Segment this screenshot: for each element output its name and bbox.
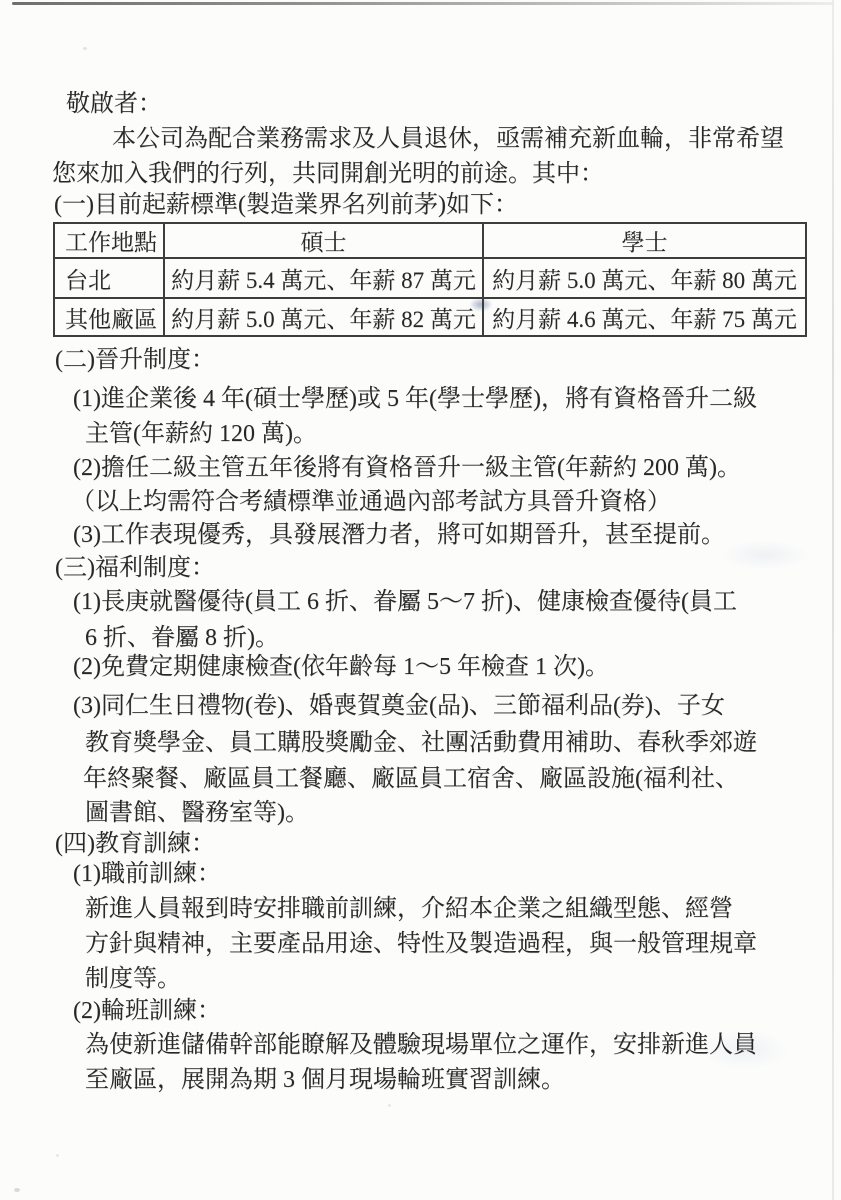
scan-edge-artifact-top <box>12 2 834 5</box>
list-item-cont: 新進人員報到時安排職前訓練，介紹本企業之組織型態、經營 <box>85 894 733 924</box>
column-header-location: 工作地點 <box>54 223 164 258</box>
cell-master-salary: 約月薪 5.4 萬元、年薪 87 萬元 <box>164 258 483 298</box>
list-item-cont: 6 折、眷屬 8 折)。 <box>85 623 279 653</box>
list-item-heading: (1)職前訓練： <box>73 859 221 889</box>
list-item-cont: 為使新進儲備幹部能瞭解及體驗現場單位之運作，安排新進人員 <box>85 1030 757 1060</box>
intro-line: 本公司為配合業務需求及人員退休，亟需補充新血輪，非常希望 <box>112 124 784 154</box>
list-item-cont: 制度等。 <box>85 964 181 994</box>
scan-edge-artifact-right <box>832 0 834 1200</box>
list-item: (2)免費定期健康檢查(依年齡每 1～5 年檢查 1 次)。 <box>73 652 609 682</box>
list-item: (2)擔任二級主管五年後將有資格晉升一級主管(年薪約 200 萬)。 <box>73 453 741 483</box>
note-line: （以上均需符合考績標準並通過內部考試方具晉升資格） <box>71 487 671 517</box>
scan-speck <box>56 1154 59 1157</box>
section-2-heading: (二)晉升制度： <box>55 345 215 375</box>
cell-location: 其他廠區 <box>54 298 164 336</box>
list-item: (3)同仁生日禮物(卷)、婚喪賀奠金(品)、三節福利品(券)、子女 <box>73 691 725 721</box>
list-item-cont: 主管(年薪約 120 萬)。 <box>85 419 317 449</box>
scan-speck <box>14 1188 20 1192</box>
scan-speck <box>388 1104 391 1107</box>
table-row: 台北 約月薪 5.4 萬元、年薪 87 萬元 約月薪 5.0 萬元、年薪 80 … <box>54 258 806 298</box>
print-through-ghost <box>720 540 810 570</box>
cell-bachelor-salary: 約月薪 5.0 萬元、年薪 80 萬元 <box>483 258 806 298</box>
list-item-cont: 至廠區，展開為期 3 個月現場輪班實習訓練。 <box>85 1065 565 1095</box>
column-header-bachelor: 學士 <box>483 223 806 258</box>
list-item-cont: 教育獎學金、員工購股獎勵金、社團活動費用補助、春秋季郊遊 <box>85 728 757 758</box>
section-3-heading: (三)福利制度： <box>55 553 215 583</box>
table-row: 其他廠區 約月薪 5.0 萬元、年薪 82 萬元 約月薪 4.6 萬元、年薪 7… <box>54 298 806 336</box>
list-item: (1)長庚就醫優待(員工 6 折、眷屬 5～7 折)、健康檢查優待(員工 <box>73 587 737 617</box>
cell-bachelor-salary: 約月薪 4.6 萬元、年薪 75 萬元 <box>483 298 806 336</box>
list-item-cont: 年終聚餐、廠區員工餐廳、廠區員工宿舍、廠區設施(福利社、 <box>83 764 739 794</box>
salary-table-header-row: 工作地點 碩士 學士 <box>54 223 806 258</box>
column-header-master: 碩士 <box>164 223 483 258</box>
list-item: (3)工作表現優秀，具發展潛力者，將可如期晉升，甚至提前。 <box>73 520 725 550</box>
list-item-heading: (2)輪班訓練： <box>73 996 221 1026</box>
list-item-cont: 圖書館、醫務室等)。 <box>85 798 309 828</box>
intro-line: 您來加入我們的行列，共同開創光明的前途。其中： <box>52 159 604 189</box>
cell-location: 台北 <box>54 258 164 298</box>
list-item: (1)進企業後 4 年(碩士學歷)或 5 年(學士學歷)，將有資格晉升二級 <box>73 384 757 414</box>
section-1-heading: (一)目前起薪標準(製造業界名列前茅)如下： <box>54 190 518 220</box>
scan-speck <box>83 47 87 50</box>
section-4-heading: (四)教育訓練： <box>55 829 215 859</box>
scanned-letter-page: 敬啟者： 本公司為配合業務需求及人員退休，亟需補充新血輪，非常希望 您來加入我們… <box>0 0 841 1200</box>
salutation: 敬啟者： <box>66 89 162 119</box>
salary-table: 工作地點 碩士 學士 台北 約月薪 5.4 萬元、年薪 87 萬元 約月薪 5.… <box>53 222 807 337</box>
list-item-cont: 方針與精神，主要產品用途、特性及製造過程，與一般管理規章 <box>85 929 757 959</box>
cell-master-salary: 約月薪 5.0 萬元、年薪 82 萬元 <box>164 298 483 336</box>
